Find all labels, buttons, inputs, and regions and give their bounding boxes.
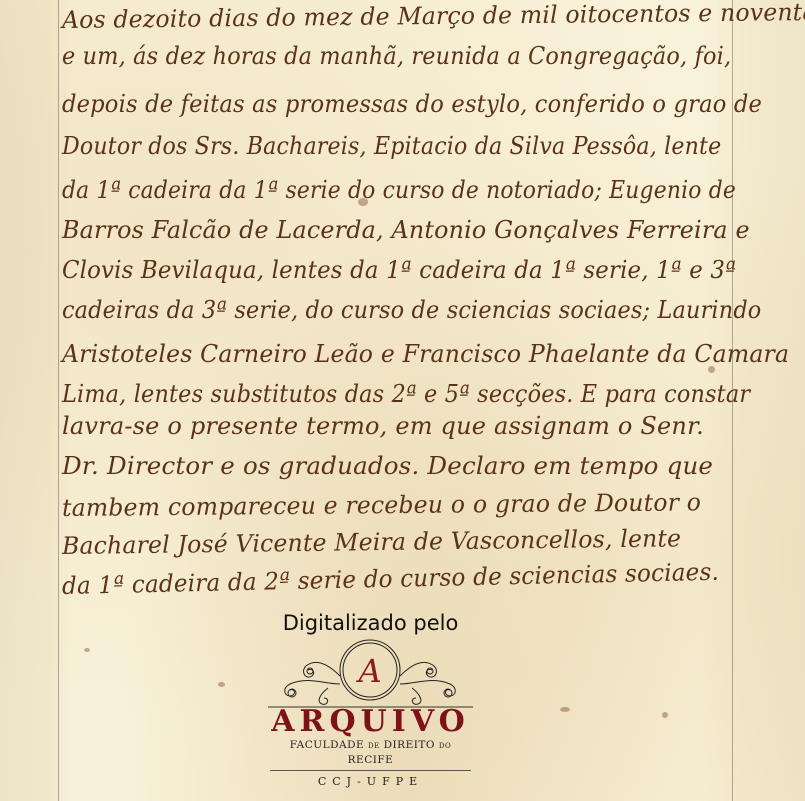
text-line: da 1ª cadeira da 1ª serie do curso de no… [62,176,736,204]
subtitle-word: DIREITO [384,739,435,751]
text-line: Clovis Bevilaqua, lentes da 1ª cadeira d… [62,256,736,284]
subtitle-word: RECIFE [348,754,394,766]
subtitle-word: FACULDADE [290,739,364,751]
text-line: Barros Falcão de Lacerda, Antonio Gonçal… [62,216,750,244]
digitized-by-caption: Digitalizado pelo [268,610,473,636]
text-line: Doutor dos Srs. Bachareis, Epitacio da S… [62,132,721,160]
manuscript-page: Aos dezoito dias do mez de Março de mil … [0,0,805,801]
institution-subtitle: FACULDADE DE DIREITO DO RECIFE [268,738,473,767]
text-line: cadeiras da 3ª serie, do curso de scienc… [62,296,761,324]
text-line: e um, ás dez horas da manhã, reunida a C… [62,42,731,70]
text-line: tambem compareceu e recebeu o o grao de … [62,488,701,522]
ink-stain [84,648,90,652]
text-line: Dr. Director e os graduados. Declaro em … [62,452,713,480]
text-line: depois de feitas as promessas do estylo,… [62,90,762,118]
ink-stain [560,707,570,712]
archive-watermark-logo: Digitalizado pelo A ARQUIVO FACULDADE [268,610,473,775]
ink-stain [218,682,225,687]
text-line: Bacharel José Vicente Meira de Vasconcel… [62,524,682,560]
svg-text:A: A [355,652,381,690]
text-line: da 1ª cadeira da 2ª serie do curso de sc… [62,558,720,600]
text-line: Aristoteles Carneiro Leão e Francisco Ph… [62,340,789,368]
ink-stain [662,712,668,718]
subtitle-word: DO [439,742,451,750]
logo-divider [270,770,471,771]
text-line: Aos dezoito dias do mez de Março de mil … [62,0,805,34]
ornamental-emblem-icon: A [268,636,473,708]
text-line: lavra-se o presente termo, em que assign… [62,412,704,440]
left-margin-line [58,0,59,801]
text-line: Lima, lentes substitutos das 2ª e 5ª sec… [62,380,750,408]
subtitle-word: DE [368,742,380,750]
archive-name: ARQUIVO [268,706,473,738]
ccj-ufpe-label: CCJ-UFPE [268,774,473,790]
